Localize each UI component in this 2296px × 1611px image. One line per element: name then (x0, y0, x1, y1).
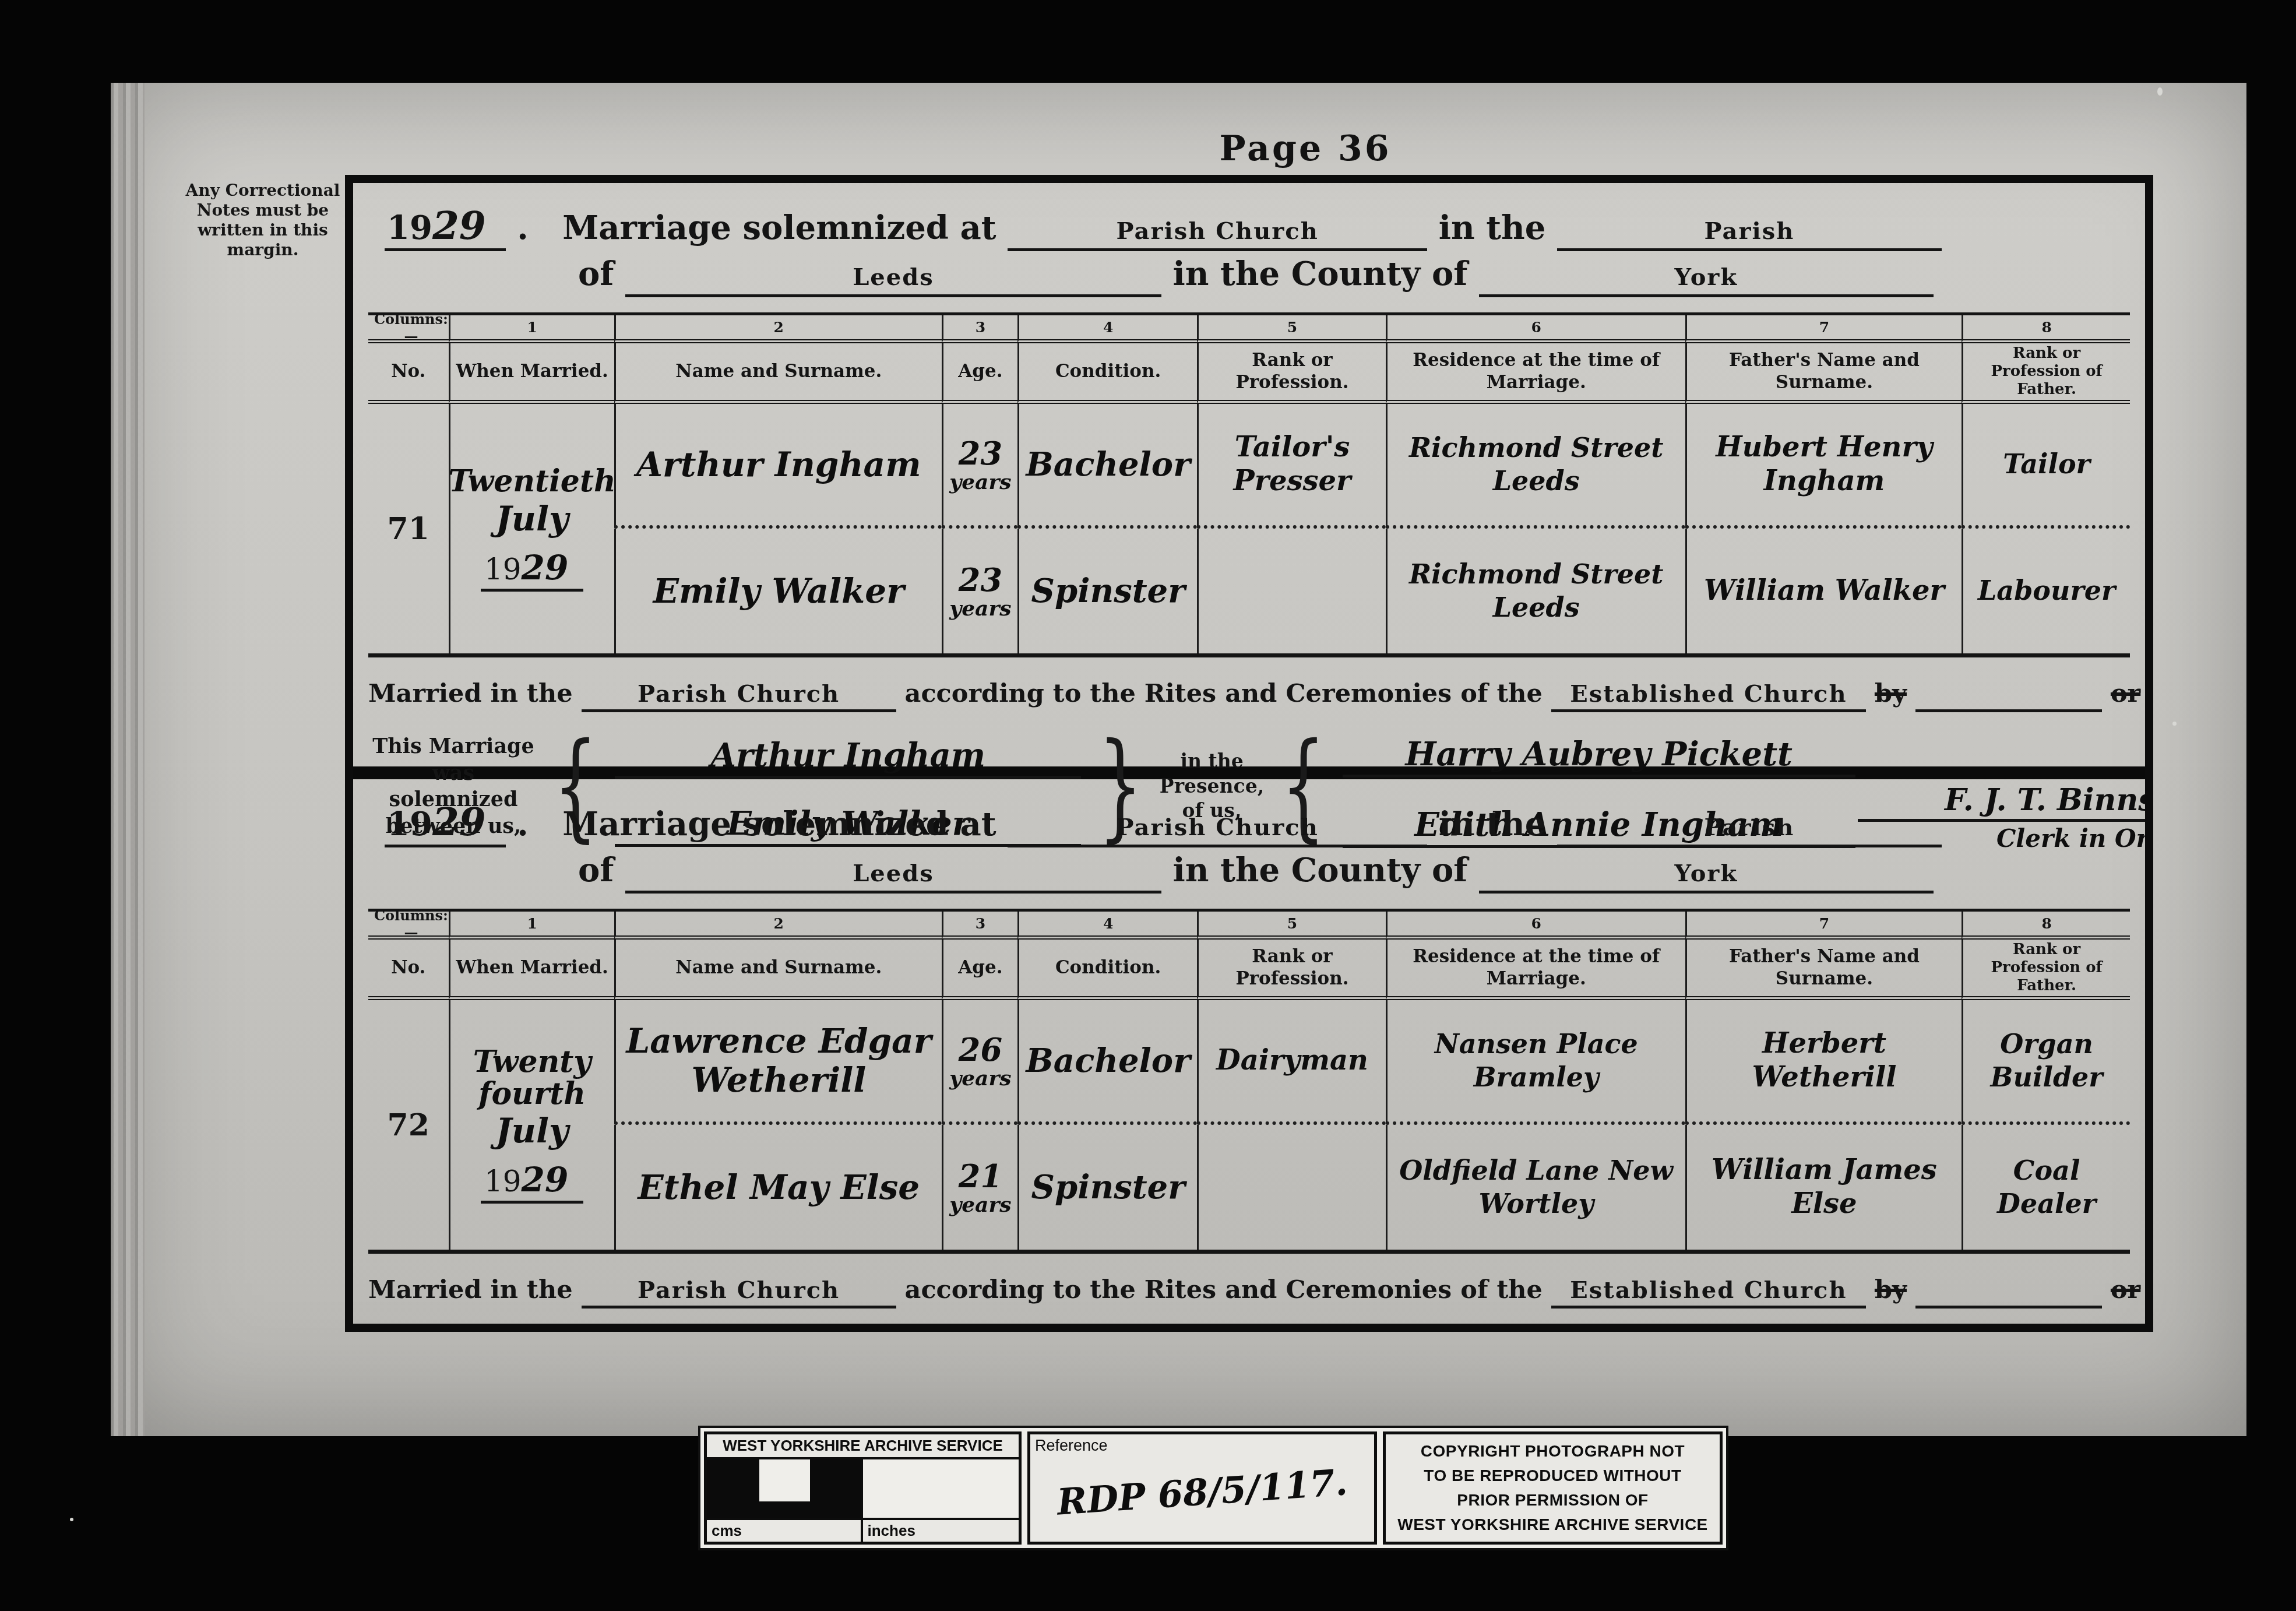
header-no: No. (368, 940, 449, 1000)
groom-condition: Bachelor (1017, 404, 1197, 529)
rites-label: according to the Rites and Ceremonies of… (905, 679, 1543, 708)
of-blank: Leeds (625, 851, 1161, 894)
reference-box: Reference RDP 68/5/117. (1027, 1431, 1377, 1545)
copyright-line: TO BE REPRODUCED WITHOUT (1424, 1464, 1681, 1488)
photographed-register-page: { "page": { "number_label": "Page 36", "… (0, 0, 2296, 1611)
inches-label: inches (863, 1520, 1019, 1542)
copyright-line: WEST YORKSHIRE ARCHIVE SERVICE (1397, 1512, 1708, 1537)
reference-label: Reference (1035, 1437, 1108, 1455)
married-place-blank: Parish Church (582, 1275, 896, 1309)
columns-label: Columns:— (368, 912, 449, 940)
groom-residence: Richmond Street Leeds (1386, 404, 1685, 529)
archive-label-strip: WEST YORKSHIRE ARCHIVE SERVICE cms inche… (698, 1426, 1728, 1550)
after-label: after (2149, 679, 2153, 708)
copyright-line: PRIOR PERMISSION OF (1457, 1488, 1648, 1512)
entry-number: 72 (368, 1000, 449, 1250)
licence-blank (1915, 1275, 2102, 1309)
header-condition: Condition. (1017, 940, 1197, 1000)
column-number: 6 (1386, 315, 1685, 343)
register-frame: 1929 . Marriage solemnized at Parish Chu… (345, 175, 2153, 1332)
column-number: 7 (1685, 315, 1962, 343)
certificate-2: 1929 . Marriage solemnized at Parish Chu… (353, 799, 2145, 1332)
margin-note-line: margin. (167, 240, 359, 260)
column-number: 5 (1197, 315, 1385, 343)
in-the-label: in the (1439, 805, 1546, 843)
parish-blank: Parish (1557, 209, 1942, 251)
county-blank: York (1479, 255, 1934, 297)
marriage-day: Twentieth (448, 466, 615, 498)
columns-label: Columns:— (368, 315, 449, 343)
groom-condition: Bachelor (1017, 1000, 1197, 1125)
place-fill: Parish Church (1117, 814, 1319, 841)
header-father: Father's Name and Surname. (1685, 940, 1962, 1000)
groom-father-rank: Tailor (1962, 404, 2130, 529)
dust-speck (2172, 722, 2177, 726)
margin-note-line: Notes must be (167, 201, 359, 220)
cms-label: cms (707, 1520, 863, 1542)
county-of-label: in the County of (1172, 255, 1467, 293)
column-number: 8 (1962, 912, 2130, 940)
groom-signature: Arthur Ingham (615, 726, 1081, 779)
header-father: Father's Name and Surname. (1685, 343, 1962, 404)
book-binding-edge (111, 83, 145, 1436)
margin-note-line: written in this (167, 220, 359, 240)
bride-father-rank: Coal Dealer (1962, 1125, 2130, 1250)
church-blank: Established Church (1551, 1275, 1866, 1309)
column-number: 1 (449, 912, 614, 940)
column-number: 6 (1386, 912, 1685, 940)
by-struck: by (1875, 679, 1907, 708)
place-blank: Parish Church (1008, 209, 1427, 251)
witness-signatures: William James Else May. Stockdale (1343, 1321, 1855, 1332)
margin-note: Any Correctional Notes must be written i… (167, 181, 359, 261)
solemnization-row: This Marriage was solemnized between us,… (368, 1321, 2130, 1332)
column-number: 4 (1017, 315, 1197, 343)
header-age: Age. (942, 940, 1017, 1000)
county-of-label: in the County of (1172, 851, 1467, 889)
cert2-header-line1: 1929 . Marriage solemnized at Parish Chu… (385, 799, 2130, 847)
parish-fill: Parish (1704, 814, 1794, 841)
register-table-2: Columns:— 1 2 3 4 5 6 7 8 No. When Marri… (368, 909, 2130, 1254)
marriage-year: 1929 (481, 548, 583, 592)
county-fill: York (1675, 263, 1738, 291)
married-place-blank: Parish Church (582, 679, 896, 712)
in-the-label: in the (1439, 209, 1546, 247)
bride-name: Ethel May Else (614, 1125, 942, 1250)
groom-name: Lawrence Edgar Wetherill (614, 1000, 942, 1125)
bride-condition: Spinster (1017, 529, 1197, 653)
entry-number: 71 (368, 404, 449, 653)
when-married-cell: Twenty fourth July 1929 (449, 1000, 614, 1250)
header-father-rank: Rank or Profession of Father. (1962, 343, 2130, 404)
groom-name: Arthur Ingham (614, 404, 942, 529)
year-printed: 19 (387, 209, 432, 247)
header-no: No. (368, 343, 449, 404)
solemnized-at-label: Marriage solemnized at (562, 805, 996, 843)
bride-rank (1197, 1125, 1385, 1250)
this-marriage-label: This Marriage was solemnized between us, (368, 1329, 538, 1332)
bride-age: 23years (942, 529, 1017, 653)
married-in-line: Married in the Parish Church according t… (368, 671, 2130, 714)
header-father-rank: Rank or Profession of Father. (1962, 940, 2130, 1000)
archive-service-title: WEST YORKSHIRE ARCHIVE SERVICE (707, 1434, 1019, 1459)
column-number: 1 (449, 315, 614, 343)
when-married-cell: Twentieth July 1929 (449, 404, 614, 653)
header-residence: Residence at the time of Marriage. (1386, 343, 1685, 404)
solemnized-at-label: Marriage solemnized at (562, 209, 996, 247)
column-number: 2 (614, 315, 942, 343)
header-rank: Rank or Profession. (1197, 343, 1385, 404)
cert1-header-line1: 1929 . Marriage solemnized at Parish Chu… (385, 203, 2130, 251)
copyright-line: COPYRIGHT PHOTOGRAPH NOT (1421, 1439, 1685, 1464)
bride-name: Emily Walker (614, 529, 942, 653)
groom-father: Herbert Wetherill (1685, 1000, 1962, 1125)
marriage-day: Twenty fourth (454, 1046, 611, 1110)
year-group: 1929 (385, 799, 506, 847)
marriage-year: 1929 (481, 1160, 583, 1204)
dust-speck (70, 1518, 73, 1521)
parish-fill: Parish (1704, 217, 1794, 245)
witness1-signature: William James Else (1343, 1321, 1855, 1332)
year-printed: 19 (387, 805, 432, 843)
column-number: 8 (1962, 315, 2130, 343)
of-label: of (578, 851, 614, 889)
header-age: Age. (942, 343, 1017, 404)
by-struck: by (1875, 1275, 1907, 1304)
bride-residence: Oldfield Lane New Wortley (1386, 1125, 1685, 1250)
or-struck: or (2111, 679, 2140, 708)
county-blank: York (1479, 851, 1934, 894)
groom-age: 26years (942, 1000, 1017, 1125)
header-when-married: When Married. (449, 940, 614, 1000)
married-in-label: Married in the (368, 679, 573, 708)
scale-inch-segment (863, 1459, 1019, 1518)
column-number: 2 (614, 912, 942, 940)
reference-number: RDP 68/5/117. (1029, 1459, 1375, 1525)
after-label: after (2149, 1275, 2153, 1304)
groom-age: 23years (942, 404, 1017, 529)
place-blank: Parish Church (1008, 805, 1427, 847)
bride-condition: Spinster (1017, 1125, 1197, 1250)
year-handwritten: 29 (432, 799, 486, 845)
groom-father: Hubert Henry Ingham (1685, 404, 1962, 529)
scale-cm-segment (707, 1459, 863, 1518)
bride-residence: Richmond Street Leeds (1386, 529, 1685, 653)
document-paper: Any Correctional Notes must be written i… (111, 83, 2246, 1436)
couple-signatures: Lawrence Edgar Wetherill Ethel May Else (615, 1322, 1081, 1332)
measurement-scale (707, 1459, 1019, 1518)
married-in-line: Married in the Parish Church according t… (368, 1268, 2130, 1310)
column-number: 4 (1017, 912, 1197, 940)
groom-residence: Nansen Place Bramley (1386, 1000, 1685, 1125)
header-residence: Residence at the time of Marriage. (1386, 940, 1685, 1000)
of-fill: Leeds (853, 263, 934, 291)
groom-signature: Lawrence Edgar Wetherill (615, 1322, 1081, 1332)
bride-age: 21years (942, 1125, 1017, 1250)
or-struck: or (2111, 1275, 2140, 1304)
column-number: 5 (1197, 912, 1385, 940)
register-table-1: Columns:— 1 2 3 4 5 6 7 8 No. When Marri… (368, 312, 2130, 657)
column-number: 3 (942, 912, 1017, 940)
header-condition: Condition. (1017, 343, 1197, 404)
groom-father-rank: Organ Builder (1962, 1000, 2130, 1125)
marriage-month: July (495, 1111, 568, 1151)
licence-blank (1915, 679, 2102, 712)
bride-rank (1197, 529, 1385, 653)
year-group: 1929 (385, 203, 506, 251)
of-blank: Leeds (625, 255, 1161, 297)
column-number: 7 (1685, 912, 1962, 940)
witness1-signature: Harry Aubrey Pickett (1343, 724, 1855, 778)
dust-speck (2157, 87, 2163, 96)
place-fill: Parish Church (1117, 217, 1319, 245)
header-when-married: When Married. (449, 343, 614, 404)
page-number: Page 36 (1160, 128, 1451, 169)
scale-labels: cms inches (707, 1518, 1019, 1542)
church-blank: Established Church (1551, 679, 1866, 712)
groom-rank: Tailor's Presser (1197, 404, 1385, 529)
of-fill: Leeds (853, 860, 934, 887)
marriage-month: July (495, 499, 568, 539)
scale-box: WEST YORKSHIRE ARCHIVE SERVICE cms inche… (704, 1431, 1022, 1545)
year-handwritten: 29 (432, 203, 486, 248)
bride-father: William James Else (1685, 1125, 1962, 1250)
header-rank: Rank or Profession. (1197, 940, 1385, 1000)
rites-label: according to the Rites and Ceremonies of… (905, 1275, 1543, 1304)
parish-blank: Parish (1557, 805, 1942, 847)
cert2-header-line2: of Leeds in the County of York (578, 851, 2130, 894)
cert1-header-line2: of Leeds in the County of York (578, 255, 2130, 297)
header-name-surname: Name and Surname. (614, 343, 942, 404)
bride-father: William Walker (1685, 529, 1962, 653)
margin-note-line: Any Correctional (167, 181, 359, 201)
header-name-surname: Name and Surname. (614, 940, 942, 1000)
married-in-label: Married in the (368, 1275, 573, 1304)
bride-father-rank: Labourer (1962, 529, 2130, 653)
county-fill: York (1675, 860, 1738, 887)
certificate-1: 1929 . Marriage solemnized at Parish Chu… (353, 203, 2145, 766)
of-label: of (578, 255, 614, 293)
groom-rank: Dairyman (1197, 1000, 1385, 1125)
copyright-box: COPYRIGHT PHOTOGRAPH NOT TO BE REPRODUCE… (1383, 1431, 1723, 1545)
column-number: 3 (942, 315, 1017, 343)
